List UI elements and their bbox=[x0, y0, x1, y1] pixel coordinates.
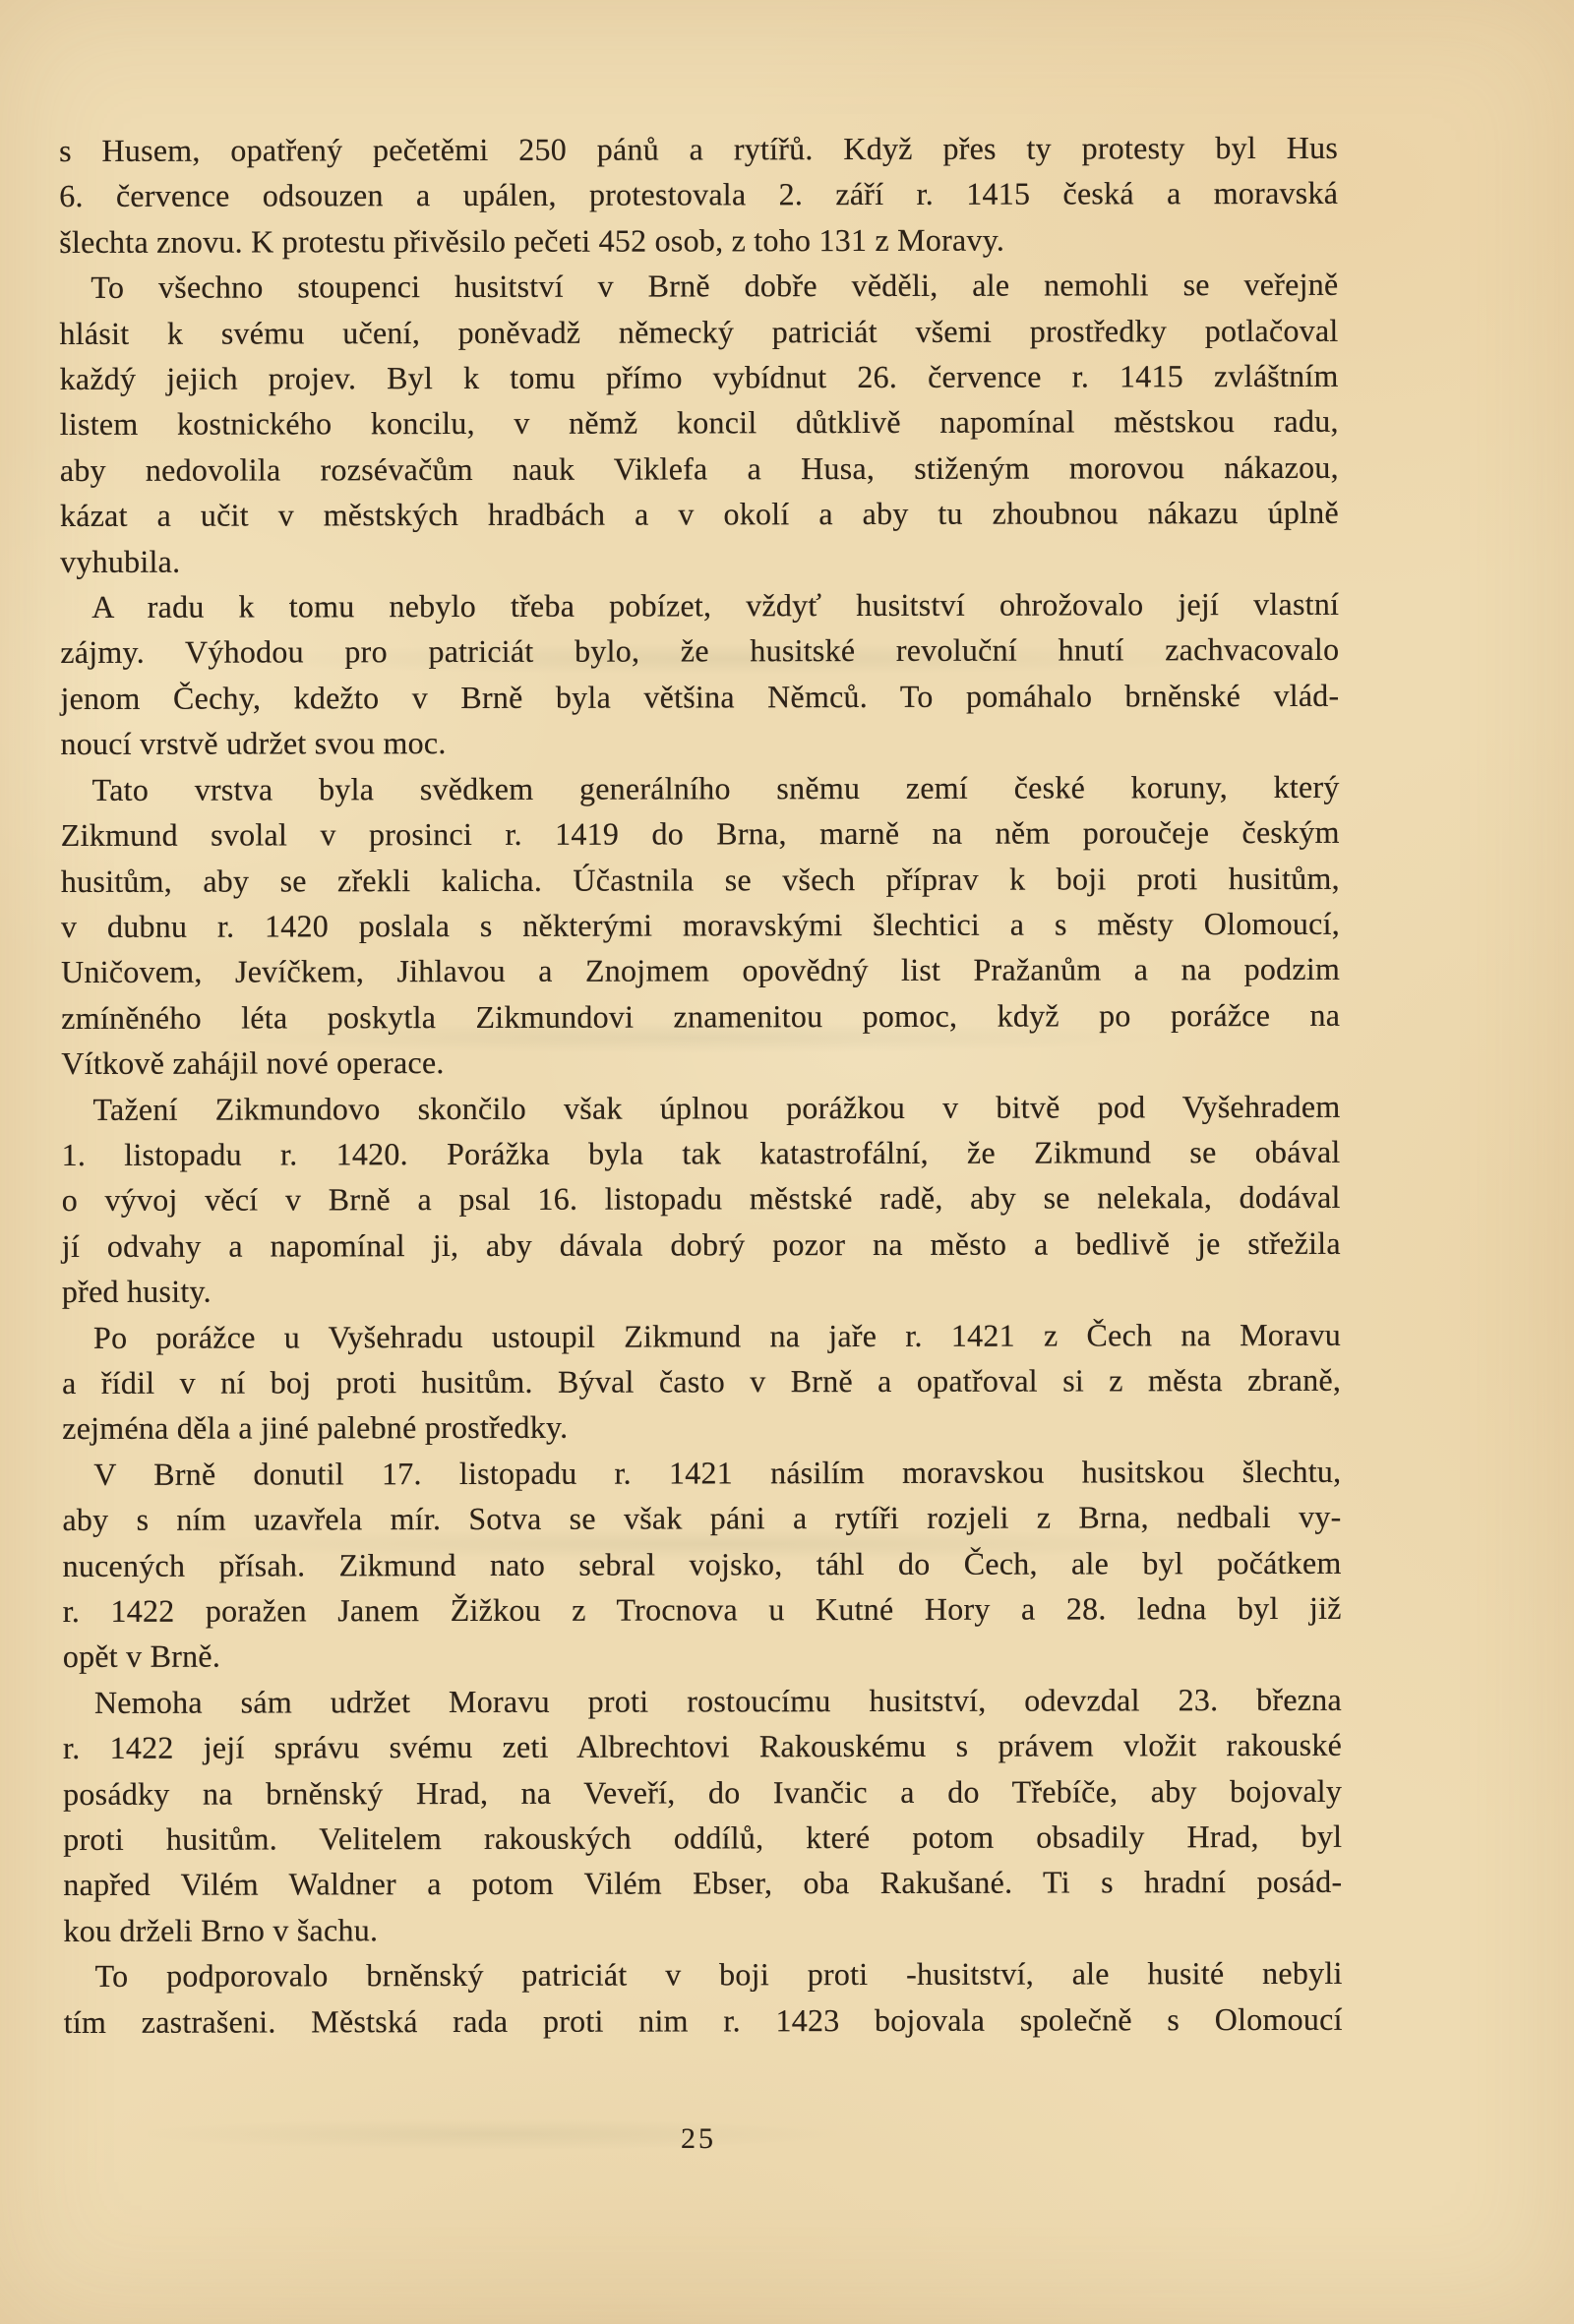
text-line: s Husem, opatřený pečetěmi 250 pánů a ry… bbox=[59, 125, 1338, 174]
paragraph: Tažení Zikmundovo skončilo však úplnou p… bbox=[61, 1083, 1341, 1314]
text-line: Tažení Zikmundovo skončilo však úplnou p… bbox=[61, 1083, 1340, 1132]
text-line: posádky na brněnský Hrad, na Veveří, do … bbox=[63, 1767, 1342, 1817]
paragraph: Po porážce u Vyšehradu ustoupil Zikmund … bbox=[62, 1311, 1341, 1451]
text-line: Uničovem, Jevíčkem, Jihlavou a Znojmem o… bbox=[61, 946, 1340, 995]
text-line: Nemoha sám udržet Moravu proti rostoucím… bbox=[63, 1677, 1342, 1726]
text-line: šlechta znovu. K protestu přivěsilo peče… bbox=[59, 216, 1338, 266]
text-line: Tato vrstva byla svědkem generálního sně… bbox=[61, 764, 1340, 813]
text-line: Zikmund svolal v prosinci r. 1419 do Brn… bbox=[61, 809, 1340, 859]
text-line: aby nedovolila rozsévačům nauk Viklefa a… bbox=[60, 445, 1339, 494]
text-line: zmíněného léta poskytla Zikmundovi zname… bbox=[61, 992, 1340, 1042]
page-number: 25 bbox=[59, 2122, 1338, 2156]
text-line: A radu k tomu nebylo třeba pobízet, vždy… bbox=[60, 581, 1339, 630]
text-line: napřed Vilém Waldner a potom Vilém Ebser… bbox=[63, 1859, 1342, 1908]
text-line: Po porážce u Vyšehradu ustoupil Zikmund … bbox=[62, 1311, 1341, 1360]
text-line: To podporovalo brněnský patriciát v boji… bbox=[64, 1950, 1343, 1999]
text-line: jenom Čechy, kdežto v Brně byla většina … bbox=[60, 673, 1339, 722]
text-line: a řídil v ní boj proti husitům. Býval ča… bbox=[62, 1357, 1341, 1406]
text-line: listem kostnického koncilu, v němž konci… bbox=[60, 398, 1339, 447]
text-line: jí odvahy a napomínal ji, aby dávala dob… bbox=[62, 1221, 1341, 1270]
text-line: vyhubila. bbox=[60, 535, 1339, 584]
text-line: opět v Brně. bbox=[63, 1631, 1342, 1680]
text-line: To všechno stoupenci husitství v Brně do… bbox=[59, 262, 1338, 311]
text-line: kázat a učit v městských hradbách a v ok… bbox=[60, 490, 1339, 539]
text-line: nucených přísah. Zikmund nato sebral voj… bbox=[63, 1539, 1342, 1588]
text-line: husitům, aby se zřekli kalicha. Účastnil… bbox=[61, 855, 1340, 904]
text-line: hlásit k svému učení, poněvadž německý p… bbox=[59, 307, 1338, 356]
text-line: proti husitům. Velitelem rakouských oddí… bbox=[63, 1814, 1342, 1863]
text-line: v dubnu r. 1420 poslala s některými mora… bbox=[61, 901, 1340, 950]
text-line: V Brně donutil 17. listopadu r. 1421 nás… bbox=[62, 1449, 1341, 1498]
text-line: zájmy. Výhodou pro patriciát bylo, že hu… bbox=[60, 626, 1339, 676]
text-line: tím zastrašeni. Městská rada proti nim r… bbox=[64, 1996, 1343, 2045]
text-line: před husity. bbox=[62, 1266, 1341, 1315]
text-line: 1. listopadu r. 1420. Porážka byla tak k… bbox=[61, 1129, 1340, 1178]
text-line: o vývoj věcí v Brně a psal 16. listopadu… bbox=[62, 1174, 1341, 1223]
paragraph: To podporovalo brněnský patriciát v boji… bbox=[64, 1950, 1343, 2045]
paragraph: To všechno stoupenci husitství v Brně do… bbox=[59, 262, 1339, 584]
text-line: r. 1422 její správu svému zeti Albrechto… bbox=[63, 1722, 1342, 1771]
paragraph: A radu k tomu nebylo třeba pobízet, vždy… bbox=[60, 581, 1339, 767]
text-line: 6. července odsouzen a upálen, protestov… bbox=[59, 170, 1338, 219]
text-line: Vítkově zahájil nové operace. bbox=[61, 1038, 1340, 1087]
text-line: zejména děla a jiné palebné prostředky. bbox=[62, 1402, 1341, 1452]
text-line: kou drželi Brno v šachu. bbox=[63, 1905, 1342, 1954]
paragraph: s Husem, opatřený pečetěmi 250 pánů a ry… bbox=[59, 125, 1338, 265]
paragraph: Tato vrstva byla svědkem generálního sně… bbox=[61, 764, 1341, 1087]
text-line: každý jejich projev. Byl k tomu přímo vy… bbox=[60, 353, 1339, 402]
text-line: noucí vrstvě udržet svou moc. bbox=[60, 718, 1339, 767]
paragraph: V Brně donutil 17. listopadu r. 1421 nás… bbox=[62, 1449, 1342, 1680]
text-block: s Husem, opatřený pečetěmi 250 pánů a ry… bbox=[59, 125, 1343, 2045]
paragraph: Nemoha sám udržet Moravu proti rostoucím… bbox=[63, 1677, 1343, 1954]
text-line: aby s ním uzavřela mír. Sotva se však pá… bbox=[62, 1494, 1341, 1543]
text-line: r. 1422 poražen Janem Žižkou z Trocnova … bbox=[63, 1585, 1342, 1635]
book-page: s Husem, opatřený pečetěmi 250 pánů a ry… bbox=[0, 0, 1574, 2324]
